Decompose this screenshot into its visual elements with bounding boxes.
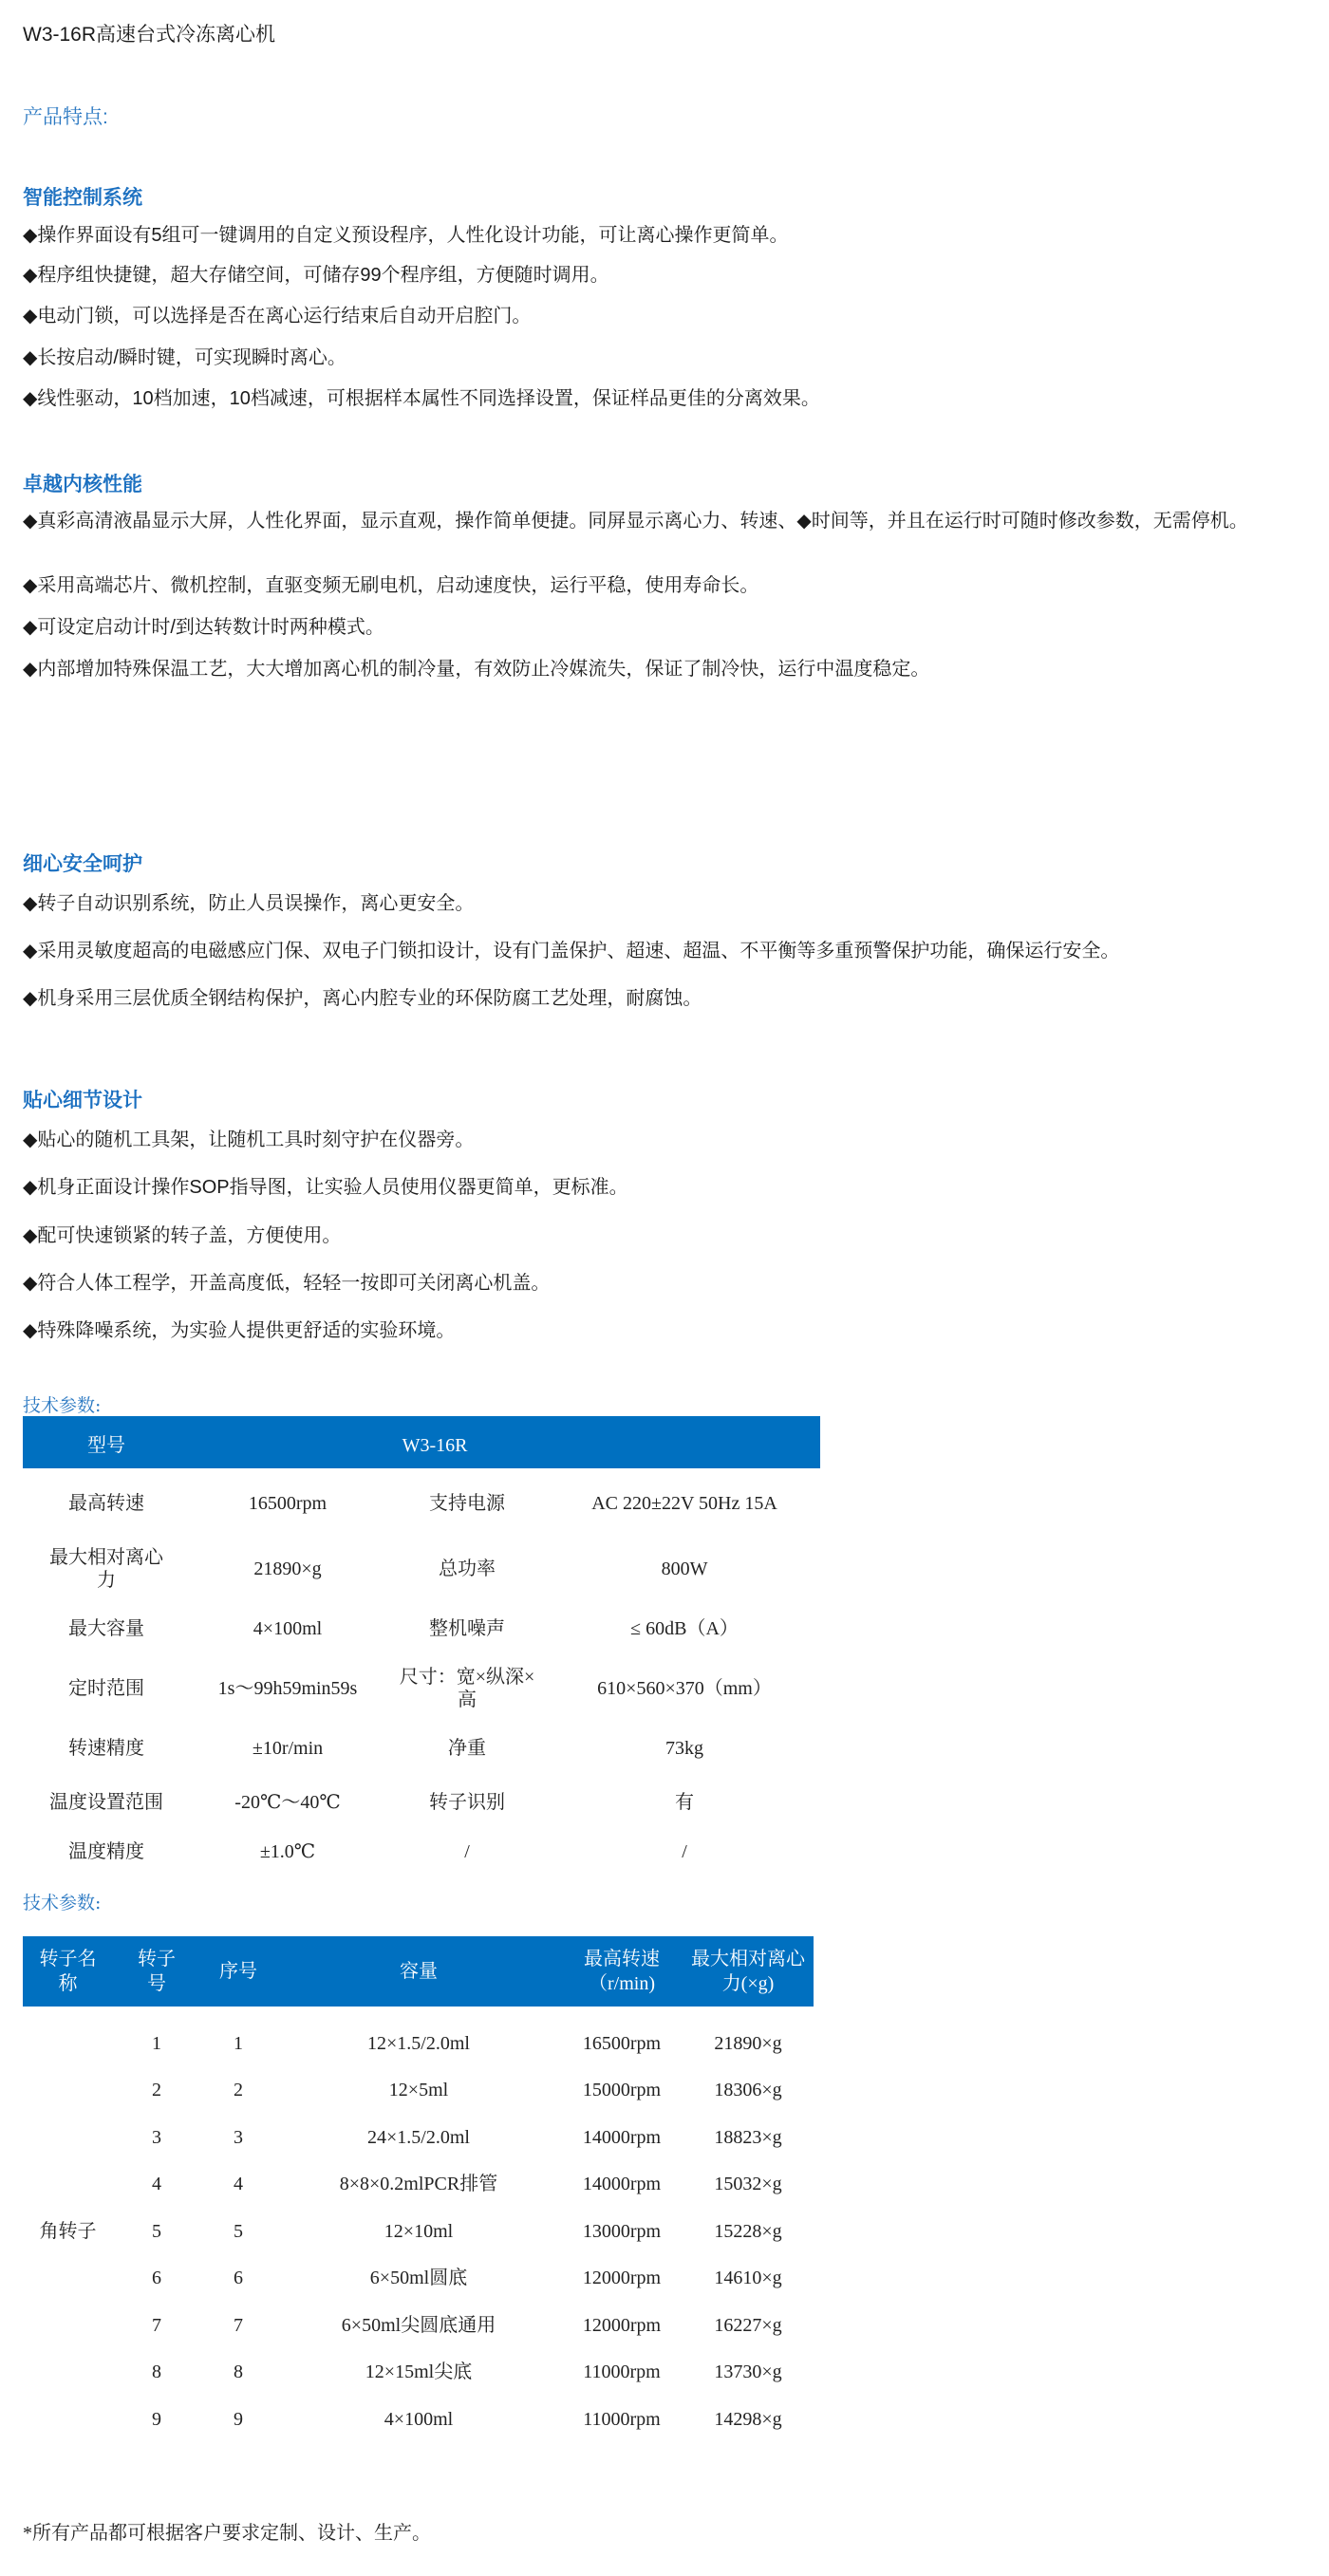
table-row: 2 2 12×5ml 15000rpm 18306×g [23,2067,814,2115]
model-value: W3-16R [190,1416,820,1468]
cell: 6 [113,2255,200,2303]
cell: 14610×g [683,2255,814,2303]
col-max-rcf: 最大相对离心力(×g) [683,1936,814,2007]
cell: 12×10ml [276,2208,561,2255]
bullet-item: ◆转子自动识别系统，防止人员误操作，离心更安全。 [23,891,474,917]
table-row: 转速精度 ±10r/min 净重 73kg [23,1718,820,1778]
cell: 2 [200,2067,276,2115]
cell: 11000rpm [561,2396,683,2443]
rotor-table-label: 技术参数: [23,1889,101,1914]
bullet-item: ◆操作界面设有5组可一键调用的自定义预设程序，人性化设计功能，可让离心操作更简单… [23,223,789,249]
bullet-item: ◆可设定启动计时/到达转数计时两种模式。 [23,615,384,641]
rotor-name-cell: 角转子 [23,2020,113,2443]
cell: 温度精度 [23,1827,190,1876]
table-row: 8 8 12×15ml尖底 11000rpm 13730×g [23,2349,814,2397]
cell: 16227×g [683,2302,814,2349]
cell: 4 [113,2161,200,2209]
cell: 12×1.5/2.0ml [276,2020,561,2067]
bullet-item: ◆内部增加特殊保温工艺，大大增加离心机的制冷量，有效防止冷媒流失，保证了制冷快，… [23,657,929,682]
rotor-table: 转子名称 转子号 序号 容量 最高转速（r/min) 最大相对离心力(×g) 角… [23,1936,814,2443]
table-row: 最大相对离心力 21890×g 总功率 800W [23,1539,820,1598]
cell: 18306×g [683,2067,814,2115]
cell: 16500rpm [561,2020,683,2067]
bullet-item: ◆采用灵敏度超高的电磁感应门保、双电子门锁扣设计，设有门盖保护、超速、超温、不平… [23,939,1119,964]
table-row: 5 5 12×10ml 13000rpm 15228×g [23,2208,814,2255]
cell: 13730×g [683,2349,814,2397]
cell: 14000rpm [561,2114,683,2161]
footnote: *所有产品都可根据客户要求定制、设计、生产。 [23,2517,431,2545]
spec-table: 型号 W3-16R 最高转速 16500rpm 支持电源 AC 220±22V … [23,1416,820,1876]
spec-table-label: 技术参数: [23,1391,101,1417]
cell: 4×100ml [190,1598,385,1658]
spec-table-header: 型号 W3-16R [23,1416,820,1468]
cell: / [549,1827,820,1876]
bullet-item: ◆机身正面设计操作SOP指导图，让实验人员使用仪器更简单，更标准。 [23,1175,628,1201]
bullet-item: ◆配可快速锁紧的转子盖，方便使用。 [23,1223,341,1249]
bullet-item: ◆采用高端芯片、微机控制，直驱变频无刷电机，启动速度快，运行平稳，使用寿命长。 [23,573,758,599]
cell: 6×50ml圆底 [276,2255,561,2303]
bullet-item: ◆特殊降噪系统，为实验人提供更舒适的实验环境。 [23,1318,455,1344]
cell: 12000rpm [561,2255,683,2303]
cell: 8 [200,2349,276,2397]
cell: 73kg [549,1718,820,1778]
cell: ±1.0℃ [190,1827,385,1876]
cell: 18823×g [683,2114,814,2161]
cell: 15000rpm [561,2067,683,2115]
col-seq: 序号 [200,1936,276,2007]
cell: 14000rpm [561,2161,683,2209]
cell: / [385,1827,549,1876]
cell: 5 [200,2208,276,2255]
cell: 15228×g [683,2208,814,2255]
cell: 净重 [385,1718,549,1778]
cell: ±10r/min [190,1718,385,1778]
cell: 610×560×370（mm） [549,1658,820,1718]
rotor-table-header: 转子名称 转子号 序号 容量 最高转速（r/min) 最大相对离心力(×g) [23,1936,814,2007]
section-heading-intelligent-control: 智能控制系统 [23,182,142,211]
cell: 3 [200,2114,276,2161]
cell: 支持电源 [385,1468,549,1539]
cell: AC 220±22V 50Hz 15A [549,1468,820,1539]
cell: 温度设置范围 [23,1778,190,1827]
table-row: 6 6 6×50ml圆底 12000rpm 14610×g [23,2255,814,2303]
cell: 定时范围 [23,1658,190,1718]
cell: 7 [200,2302,276,2349]
cell: 12×5ml [276,2067,561,2115]
cell: 24×1.5/2.0ml [276,2114,561,2161]
cell: 8 [113,2349,200,2397]
cell: 9 [200,2396,276,2443]
features-label: 产品特点: [23,102,108,130]
model-label: 型号 [23,1416,190,1468]
cell: 有 [549,1778,820,1827]
bullet-item: ◆贴心的随机工具架，让随机工具时刻守护在仪器旁。 [23,1128,474,1153]
table-row: 温度设置范围 -20℃～40℃ 转子识别 有 [23,1778,820,1827]
cell: 尺寸：宽×纵深×高 [385,1658,549,1718]
cell: 5 [113,2208,200,2255]
cell: 15032×g [683,2161,814,2209]
cell: 14298×g [683,2396,814,2443]
bullet-item: ◆长按启动/瞬时键，可实现瞬时离心。 [23,345,346,371]
table-row: 7 7 6×50ml尖圆底通用 12000rpm 16227×g [23,2302,814,2349]
cell: 3 [113,2114,200,2161]
cell: 4×100ml [276,2396,561,2443]
cell: 4 [200,2161,276,2209]
table-row: 最高转速 16500rpm 支持电源 AC 220±22V 50Hz 15A [23,1468,820,1539]
cell: 转子识别 [385,1778,549,1827]
cell: 16500rpm [190,1468,385,1539]
cell: 800W [549,1539,820,1598]
bullet-item: ◆程序组快捷键，超大存储空间，可储存99个程序组，方便随时调用。 [23,263,609,289]
cell: 7 [113,2302,200,2349]
section-heading-core-performance: 卓越内核性能 [23,469,142,497]
bullet-item: ◆电动门锁，可以选择是否在离心运行结束后自动开启腔门。 [23,304,531,329]
cell: ≤ 60dB（A） [549,1598,820,1658]
cell: 6 [200,2255,276,2303]
bullet-item: ◆机身采用三层优质全钢结构保护，离心内腔专业的环保防腐工艺处理，耐腐蚀。 [23,986,702,1012]
cell: 整机噪声 [385,1598,549,1658]
cell: 12×15ml尖底 [276,2349,561,2397]
cell: 1 [200,2020,276,2067]
cell: -20℃～40℃ [190,1778,385,1827]
table-row: 定时范围 1s～99h59min59s 尺寸：宽×纵深×高 610×560×37… [23,1658,820,1718]
cell: 最大容量 [23,1598,190,1658]
cell: 2 [113,2067,200,2115]
col-rotor-name: 转子名称 [23,1936,113,2007]
table-row: 3 3 24×1.5/2.0ml 14000rpm 18823×g [23,2114,814,2161]
table-row: 4 4 8×8×0.2mlPCR排管 14000rpm 15032×g [23,2161,814,2209]
col-rotor-no: 转子号 [113,1936,200,2007]
cell: 21890×g [190,1539,385,1598]
bullet-item: ◆线性驱动，10档加速，10档减速，可根据样本属性不同选择设置，保证样品更佳的分… [23,386,820,412]
cell: 1s～99h59min59s [190,1658,385,1718]
bullet-item: ◆符合人体工程学，开盖高度低，轻轻一按即可关闭离心机盖。 [23,1271,550,1297]
cell: 1 [113,2020,200,2067]
table-row: 角转子 1 1 12×1.5/2.0ml 16500rpm 21890×g [23,2020,814,2067]
cell: 11000rpm [561,2349,683,2397]
cell: 转速精度 [23,1718,190,1778]
cell: 最大相对离心力 [23,1539,190,1598]
cell: 12000rpm [561,2302,683,2349]
table-row: 最大容量 4×100ml 整机噪声 ≤ 60dB（A） [23,1598,820,1658]
cell: 13000rpm [561,2208,683,2255]
cell: 6×50ml尖圆底通用 [276,2302,561,2349]
cell: 21890×g [683,2020,814,2067]
cell: 总功率 [385,1539,549,1598]
cell: 9 [113,2396,200,2443]
table-row: 温度精度 ±1.0℃ / / [23,1827,820,1876]
section-heading-safety: 细心安全呵护 [23,849,142,877]
section-heading-detail-design: 贴心细节设计 [23,1085,142,1113]
cell: 最高转速 [23,1468,190,1539]
col-max-speed: 最高转速（r/min) [561,1936,683,2007]
col-capacity: 容量 [276,1936,561,2007]
table-row: 9 9 4×100ml 11000rpm 14298×g [23,2396,814,2443]
page-title: W3-16R高速台式冷冻离心机 [23,19,275,47]
cell: 8×8×0.2mlPCR排管 [276,2161,561,2209]
bullet-item: ◆真彩高清液晶显示大屏，人性化界面，显示直观，操作简单便捷。同屏显示离心力、转速… [23,509,1276,534]
